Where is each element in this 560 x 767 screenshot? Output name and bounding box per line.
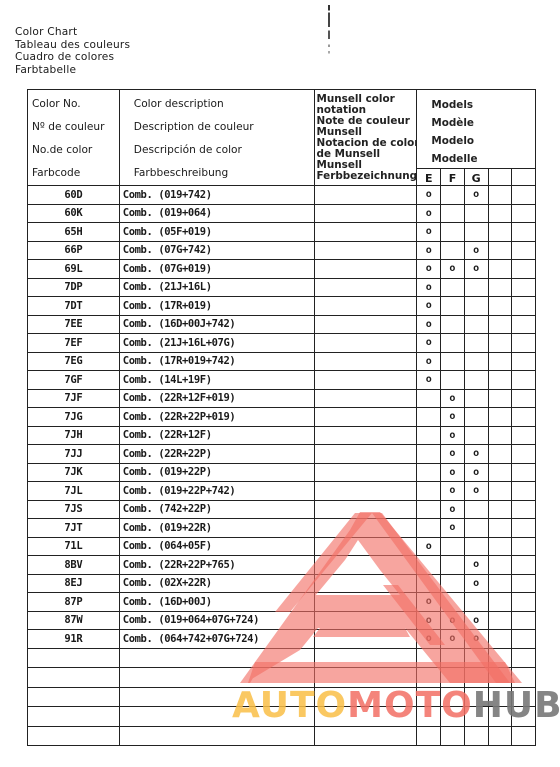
color-code: 7JJ [28,445,120,464]
table-row: 7EFComb. (21J+16L+07G)o [28,334,536,353]
table-row: 7DPComb. (21J+16L)o [28,278,536,297]
table-row: 60DComb. (019+742)oo [28,186,536,205]
model-mark [488,445,512,464]
model-mark [488,426,512,445]
model-mark: o [417,537,441,556]
model-mark [488,297,512,316]
empty-cell [119,648,314,668]
munsell-notation [314,556,417,575]
model-mark: o [417,371,441,390]
table-row: 7JLComb. (019+22P+742)oo [28,482,536,501]
model-mark: o [441,389,465,408]
scan-artifact [328,5,330,60]
table-row: 71LComb. (064+05F)o [28,537,536,556]
color-description: Comb. (21J+16L+07G) [119,334,314,353]
chart-titles: Color Chart Tableau des couleurs Cuadro … [15,26,130,76]
color-description: Comb. (22R+12F+019) [119,389,314,408]
model-mark [512,334,536,353]
model-mark: o [417,241,441,260]
model-col-f: F [441,169,465,186]
model-mark: o [464,630,488,649]
model-mark [488,352,512,371]
header-color-no: Color No. Nº de couleur No.de color Farb… [28,90,120,186]
color-code: 91R [28,630,120,649]
model-mark [512,408,536,427]
model-mark [488,315,512,334]
model-mark [488,389,512,408]
model-mark: o [417,315,441,334]
model-mark [417,574,441,593]
model-mark [512,500,536,519]
model-mark: o [464,574,488,593]
table-row: 7JTComb. (019+22R)o [28,519,536,538]
model-mark: o [441,630,465,649]
color-description: Comb. (019+064) [119,204,314,223]
munsell-notation [314,574,417,593]
color-description: Comb. (019+742) [119,186,314,205]
color-code: 7EE [28,315,120,334]
model-mark [441,278,465,297]
model-mark: o [417,223,441,242]
model-mark [464,593,488,612]
color-code: 66P [28,241,120,260]
model-mark [488,500,512,519]
model-mark [464,537,488,556]
model-mark: o [441,500,465,519]
model-mark [464,519,488,538]
model-mark [512,223,536,242]
color-description: Comb. (17R+019) [119,297,314,316]
model-mark: o [441,463,465,482]
model-mark [464,426,488,445]
model-mark [512,204,536,223]
model-mark [488,260,512,279]
model-mark [512,278,536,297]
model-mark: o [464,186,488,205]
munsell-notation [314,297,417,316]
table-row: 8EJComb. (02X+22R)o [28,574,536,593]
model-mark [441,574,465,593]
model-mark: o [417,334,441,353]
model-mark [512,241,536,260]
munsell-notation [314,204,417,223]
color-description: Comb. (742+22P) [119,500,314,519]
empty-cell [417,648,441,668]
model-mark: o [417,186,441,205]
munsell-notation [314,223,417,242]
model-mark: o [417,630,441,649]
model-mark [441,556,465,575]
table-row: 66PComb. (07G+742)oo [28,241,536,260]
color-description: Comb. (16D+00J) [119,593,314,612]
color-description: Comb. (019+22R) [119,519,314,538]
model-mark [417,482,441,501]
model-mark [464,297,488,316]
munsell-notation [314,426,417,445]
header-models: Models Modèle Modelo Modelle [417,90,536,169]
model-mark [512,574,536,593]
color-description: Comb. (064+05F) [119,537,314,556]
model-mark [441,223,465,242]
table-row: 7JFComb. (22R+12F+019)o [28,389,536,408]
color-code: 7JH [28,426,120,445]
empty-cell [28,648,120,668]
model-mark: o [417,297,441,316]
model-mark [417,389,441,408]
color-code: 8EJ [28,574,120,593]
model-col-e: E [417,169,441,186]
color-chart-table: Color No. Nº de couleur No.de color Farb… [27,89,536,746]
munsell-notation [314,371,417,390]
model-mark [464,389,488,408]
color-code: 7JT [28,519,120,538]
empty-cell [464,648,488,668]
model-mark [488,519,512,538]
color-code: 87W [28,611,120,630]
model-mark [464,204,488,223]
title-fr: Tableau des couleurs [15,39,130,52]
table-row: 7EGComb. (17R+019+742)o [28,352,536,371]
model-mark [417,500,441,519]
model-mark [464,352,488,371]
table-row: 60KComb. (019+064)o [28,204,536,223]
model-col-blank-1 [488,169,512,186]
color-code: 7JG [28,408,120,427]
color-description: Comb. (21J+16L) [119,278,314,297]
model-mark: o [464,445,488,464]
model-mark [464,334,488,353]
color-code: 7JK [28,463,120,482]
color-code: 65H [28,223,120,242]
model-mark [417,556,441,575]
table-row: 7JSComb. (742+22P)o [28,500,536,519]
empty-cell [441,648,465,668]
model-mark [464,408,488,427]
color-code: 7EF [28,334,120,353]
table-row: 7GFComb. (14L+19F)o [28,371,536,390]
munsell-notation [314,241,417,260]
color-description: Comb. (17R+019+742) [119,352,314,371]
model-mark [441,315,465,334]
model-mark [512,556,536,575]
model-mark [417,519,441,538]
model-mark: o [464,556,488,575]
model-mark: o [464,241,488,260]
model-mark [464,315,488,334]
model-mark [512,630,536,649]
model-mark: o [417,352,441,371]
color-code: 69L [28,260,120,279]
table-row: 7JKComb. (019+22P)oo [28,463,536,482]
model-mark [441,204,465,223]
empty-cell [28,687,120,707]
model-mark [488,537,512,556]
model-mark [512,186,536,205]
munsell-notation [314,389,417,408]
model-mark: o [441,445,465,464]
empty-cell [314,726,417,746]
empty-cell [512,648,536,668]
munsell-notation [314,611,417,630]
munsell-notation [314,260,417,279]
color-code: 60K [28,204,120,223]
model-mark [488,574,512,593]
model-mark: o [417,278,441,297]
header-munsell: Munsell color notation Note de couleur M… [314,90,417,186]
model-mark [512,611,536,630]
model-mark [488,482,512,501]
table-row: 8BVComb. (22R+22P+765)o [28,556,536,575]
model-mark [488,593,512,612]
empty-cell [119,726,314,746]
munsell-notation [314,463,417,482]
model-mark: o [441,260,465,279]
empty-cell [417,726,441,746]
model-mark [512,260,536,279]
model-mark: o [417,260,441,279]
model-mark [417,445,441,464]
model-mark [488,630,512,649]
model-mark [441,593,465,612]
color-description: Comb. (22R+22P+019) [119,408,314,427]
model-mark [488,241,512,260]
model-mark [417,426,441,445]
munsell-notation [314,537,417,556]
model-mark [464,278,488,297]
color-code: 7GF [28,371,120,390]
model-mark: o [417,611,441,630]
empty-cell [464,726,488,746]
color-code: 7DT [28,297,120,316]
empty-cell [488,648,512,668]
munsell-notation [314,278,417,297]
model-mark [512,519,536,538]
color-code: 8BV [28,556,120,575]
color-code: 7JL [28,482,120,501]
model-mark [488,223,512,242]
color-description: Comb. (07G+742) [119,241,314,260]
munsell-notation [314,186,417,205]
color-description: Comb. (22R+12F) [119,426,314,445]
table-row: 87PComb. (16D+00J)o [28,593,536,612]
color-code: 7DP [28,278,120,297]
color-code: 71L [28,537,120,556]
header-row: Color No. Nº de couleur No.de color Farb… [28,90,536,169]
model-mark: o [441,611,465,630]
model-mark [512,389,536,408]
model-mark [441,537,465,556]
empty-cell [488,726,512,746]
model-mark [512,445,536,464]
color-code: 7JS [28,500,120,519]
model-mark [512,482,536,501]
title-es: Cuadro de colores [15,51,130,64]
color-code: 87P [28,593,120,612]
empty-cell [314,648,417,668]
model-mark: o [441,408,465,427]
model-mark [417,408,441,427]
model-mark [512,537,536,556]
color-description: Comb. (05F+019) [119,223,314,242]
color-description: Comb. (019+22P) [119,463,314,482]
table-row: 7EEComb. (16D+00J+742)o [28,315,536,334]
table-row: 91RComb. (064+742+07G+724)ooo [28,630,536,649]
model-mark [441,297,465,316]
empty-cell [28,726,120,746]
model-mark [488,371,512,390]
model-mark [464,223,488,242]
munsell-notation [314,519,417,538]
model-mark: o [441,426,465,445]
color-description: Comb. (22R+22P+765) [119,556,314,575]
empty-cell [28,668,120,688]
color-code: 7JF [28,389,120,408]
model-mark [488,334,512,353]
empty-cell [441,726,465,746]
model-mark: o [441,519,465,538]
model-mark [488,611,512,630]
model-mark [464,371,488,390]
model-col-blank-2 [512,169,536,186]
table-row: 7JGComb. (22R+22P+019)o [28,408,536,427]
empty-cell [512,726,536,746]
color-description: Comb. (064+742+07G+724) [119,630,314,649]
model-mark [441,186,465,205]
table-row: 7JJComb. (22R+22P)oo [28,445,536,464]
color-description: Comb. (07G+019) [119,260,314,279]
table-row: 87WComb. (019+064+07G+724)ooo [28,611,536,630]
table-row: 65HComb. (05F+019)o [28,223,536,242]
empty-cell [28,707,120,727]
table-row: 7DTComb. (17R+019)o [28,297,536,316]
model-mark [441,241,465,260]
model-mark [512,463,536,482]
model-mark [512,297,536,316]
model-mark [512,426,536,445]
model-mark [488,556,512,575]
title-de: Farbtabelle [15,64,130,77]
model-mark [488,204,512,223]
color-description: Comb. (019+064+07G+724) [119,611,314,630]
model-mark: o [464,260,488,279]
model-mark [512,352,536,371]
header-color-description: Color description Description de couleur… [119,90,314,186]
color-code: 60D [28,186,120,205]
model-mark [441,334,465,353]
color-description: Comb. (16D+00J+742) [119,315,314,334]
model-mark: o [441,482,465,501]
color-description: Comb. (22R+22P) [119,445,314,464]
model-mark: o [417,593,441,612]
munsell-notation [314,352,417,371]
model-mark: o [417,204,441,223]
model-mark [464,500,488,519]
watermark-text: AUTOMOTOHUB [232,688,560,724]
munsell-notation [314,593,417,612]
color-description: Comb. (14L+19F) [119,371,314,390]
table-row: 7JHComb. (22R+12F)o [28,426,536,445]
model-mark [441,352,465,371]
model-mark [512,371,536,390]
model-mark [488,186,512,205]
empty-row [28,648,536,668]
model-mark: o [464,611,488,630]
model-mark [488,408,512,427]
color-code: 7EG [28,352,120,371]
model-mark [488,278,512,297]
color-description: Comb. (019+22P+742) [119,482,314,501]
model-mark [512,593,536,612]
model-mark [488,463,512,482]
munsell-notation [314,630,417,649]
model-mark: o [464,463,488,482]
munsell-notation [314,315,417,334]
munsell-notation [314,482,417,501]
model-col-g: G [464,169,488,186]
model-mark [417,463,441,482]
table-row: 69LComb. (07G+019)ooo [28,260,536,279]
munsell-notation [314,408,417,427]
model-mark: o [464,482,488,501]
title-en: Color Chart [15,26,130,39]
munsell-notation [314,500,417,519]
munsell-notation [314,334,417,353]
color-description: Comb. (02X+22R) [119,574,314,593]
model-mark [512,315,536,334]
empty-row [28,726,536,746]
munsell-notation [314,445,417,464]
model-mark [441,371,465,390]
